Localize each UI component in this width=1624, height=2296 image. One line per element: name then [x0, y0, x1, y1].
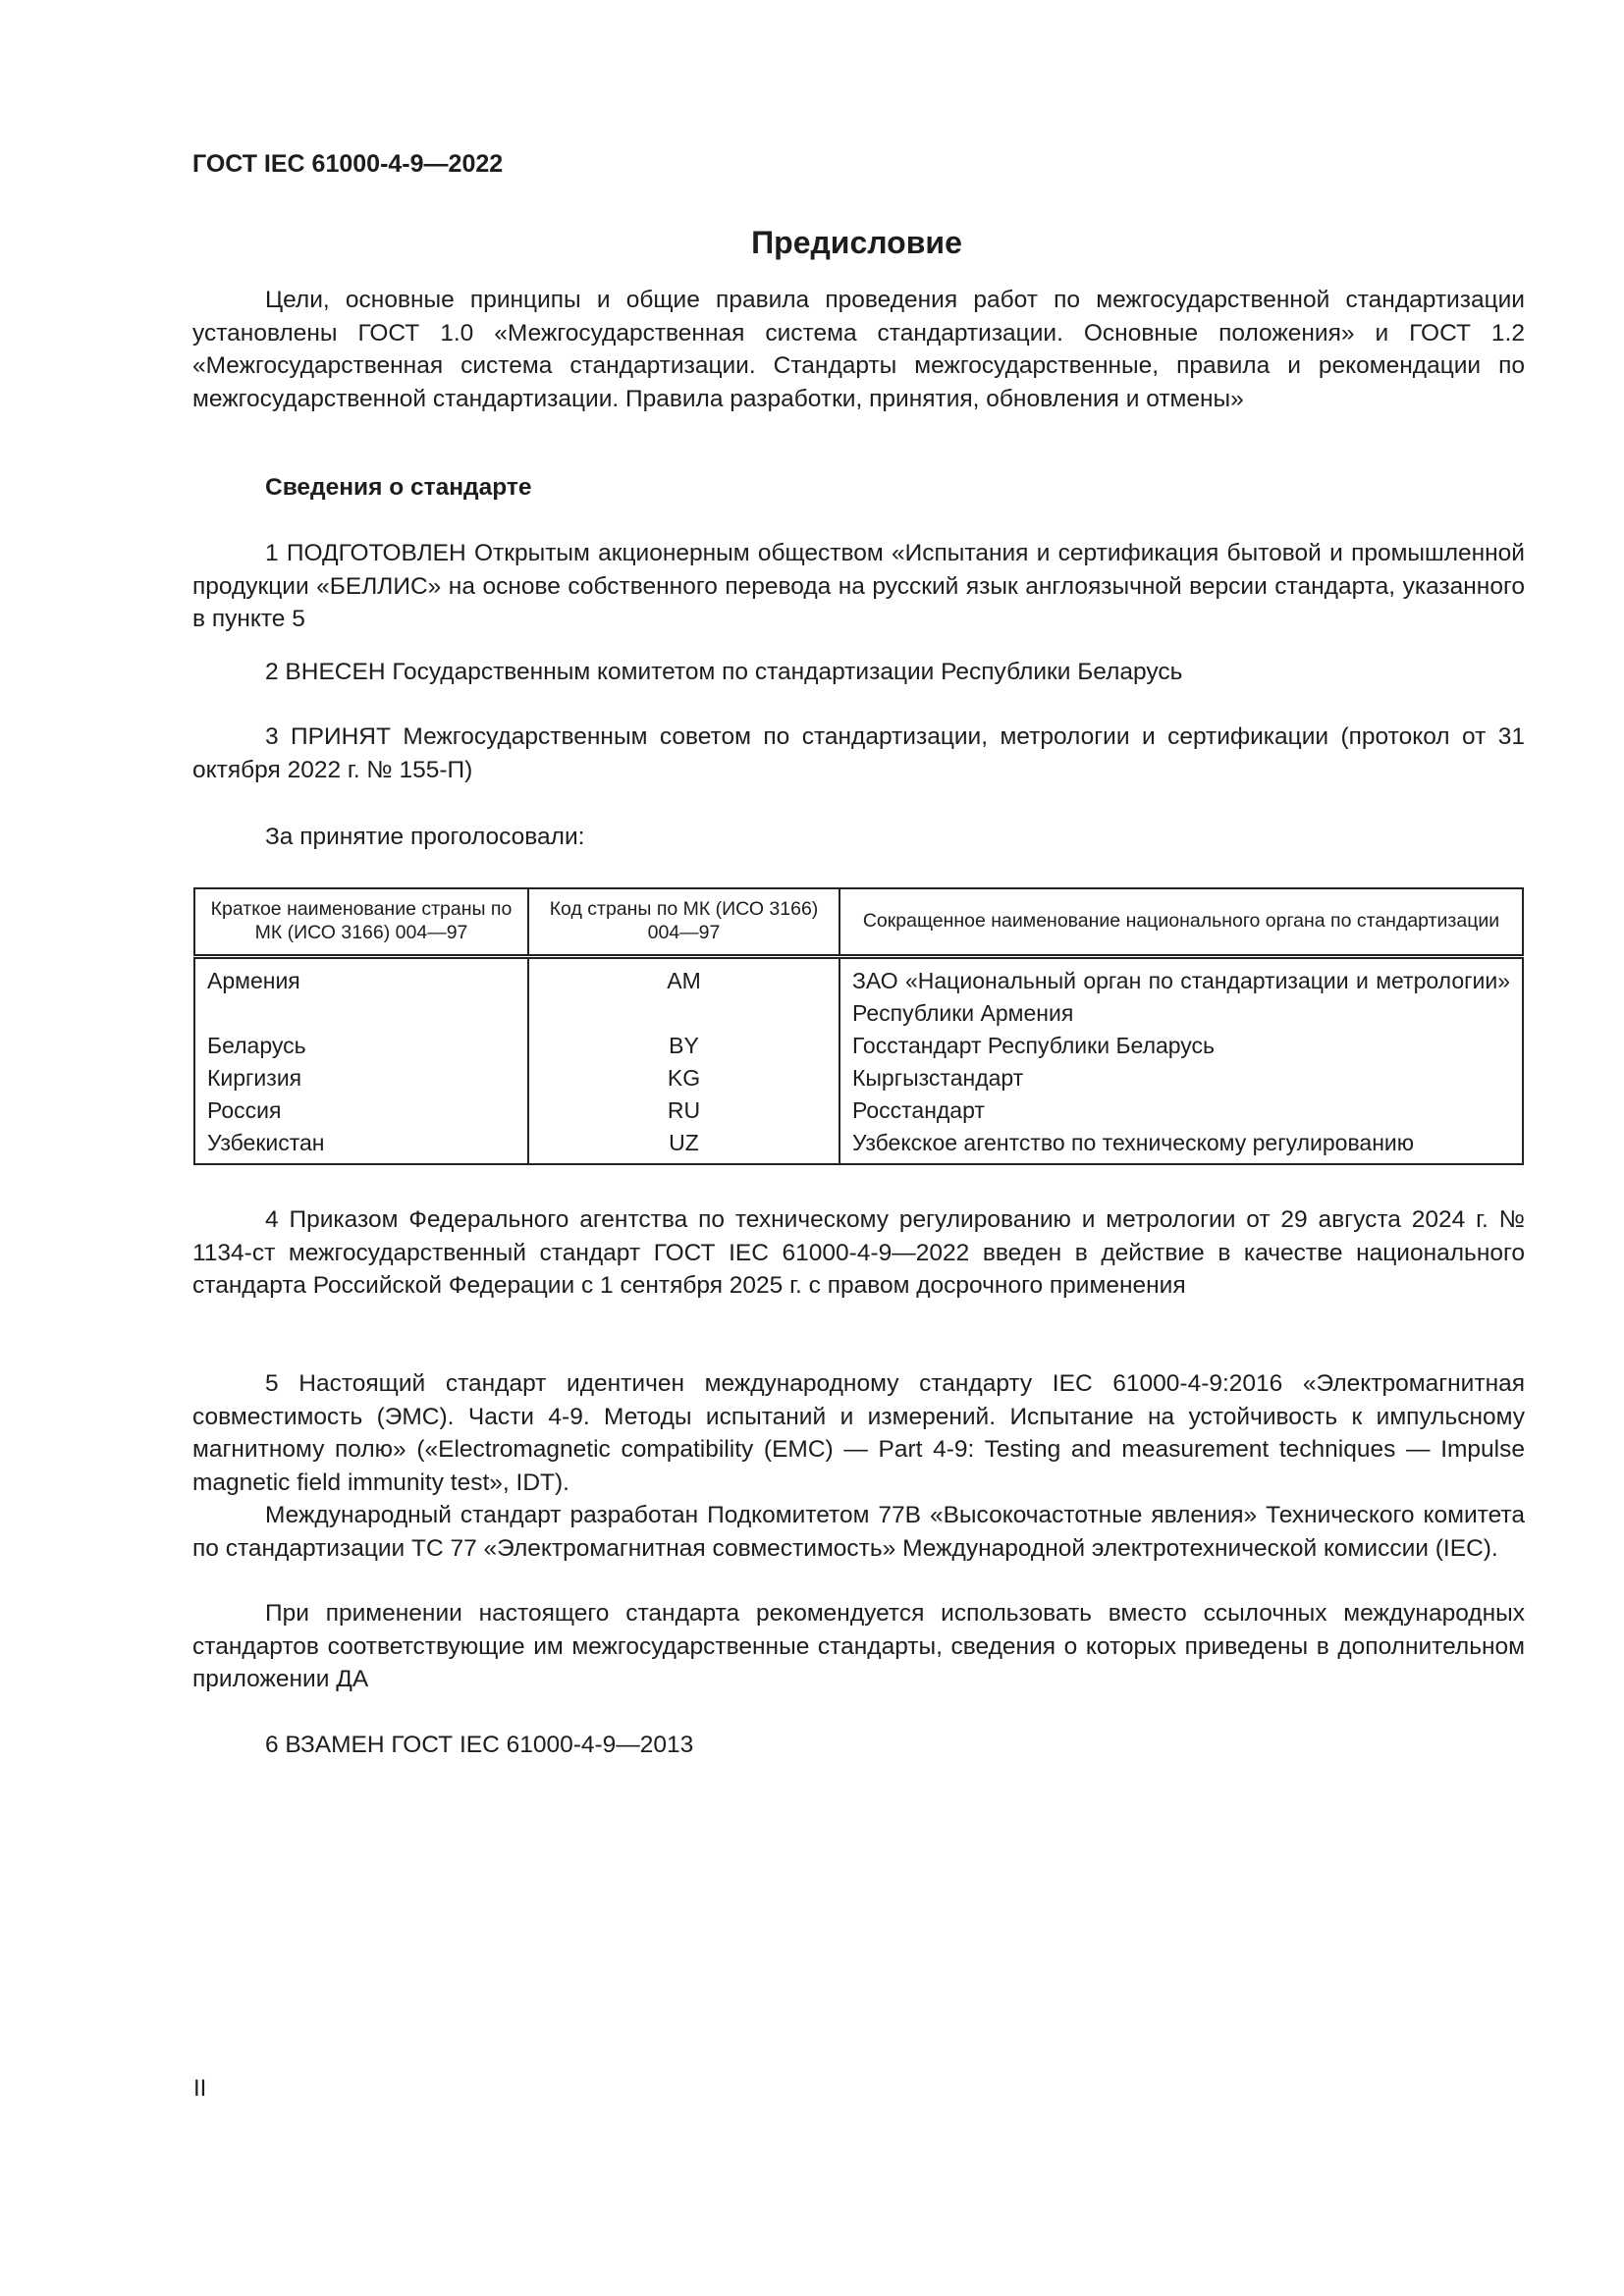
item-5-paragraph-3-text: При применении настоящего стандарта реко…	[192, 1600, 1525, 1692]
code-cell: AM	[528, 957, 839, 1031]
item-5: 5 Настоящий стандарт идентичен междунаро…	[192, 1367, 1525, 1499]
code-cell: BY	[528, 1030, 839, 1062]
country-cell: Узбекистан	[194, 1127, 528, 1164]
table-row: Беларусь BY Госстандарт Республики Белар…	[194, 1030, 1523, 1062]
table-row: Киргизия KG Кыргызстандарт	[194, 1062, 1523, 1095]
item-5-paragraph-2-text: Международный стандарт разработан Подком…	[192, 1502, 1525, 1562]
item-3: 3 ПРИНЯТ Межгосударственным советом по с…	[192, 721, 1525, 786]
org-cell: ЗАО «Национальный орган по стандартизаци…	[839, 957, 1523, 1031]
section-heading: Сведения о стандарте	[192, 471, 1525, 505]
item-2: 2 ВНЕСЕН Государственным комитетом по ст…	[192, 656, 1525, 689]
item-6-text: 6 ВЗАМЕН ГОСТ IEC 61000-4-9—2013	[265, 1732, 693, 1758]
code-cell: RU	[528, 1095, 839, 1127]
item-3-text: 3 ПРИНЯТ Межгосударственным советом по с…	[192, 723, 1525, 783]
item-5-paragraph-3: При применении настоящего стандарта реко…	[192, 1597, 1525, 1696]
country-cell: Армения	[194, 957, 528, 1031]
section-heading-text: Сведения о стандарте	[265, 474, 531, 501]
header-code: Код страны по МК (ИСО 3166) 004—97	[528, 888, 839, 957]
item-2-text: 2 ВНЕСЕН Государственным комитетом по ст…	[265, 659, 1182, 685]
header-country: Краткое наименование страны по МК (ИСО 3…	[194, 888, 528, 957]
org-cell: Узбекское агентство по техническому регу…	[839, 1127, 1523, 1164]
voted-label: За принятие проголосовали:	[192, 821, 1525, 854]
table-row: Россия RU Росстандарт	[194, 1095, 1523, 1127]
voted-label-text: За принятие проголосовали:	[265, 824, 584, 850]
org-cell: Кыргызстандарт	[839, 1062, 1523, 1095]
item-5-text: 5 Настоящий стандарт идентичен междунаро…	[192, 1370, 1525, 1496]
intro-text: Цели, основные принципы и общие правила …	[192, 287, 1525, 412]
code-cell: KG	[528, 1062, 839, 1095]
country-cell: Беларусь	[194, 1030, 528, 1062]
item-1-text: 1 ПОДГОТОВЛЕН Открытым акционерным общес…	[192, 540, 1525, 632]
item-4: 4 Приказом Федерального агентства по тех…	[192, 1203, 1525, 1303]
item-6: 6 ВЗАМЕН ГОСТ IEC 61000-4-9—2013	[192, 1729, 1525, 1762]
page-title: Предисловие	[0, 225, 1624, 261]
code-cell: UZ	[528, 1127, 839, 1164]
org-cell: Госстандарт Республики Беларусь	[839, 1030, 1523, 1062]
country-cell: Россия	[194, 1095, 528, 1127]
item-4-text: 4 Приказом Федерального агентства по тех…	[192, 1206, 1525, 1299]
table-row: Узбекистан UZ Узбекское агентство по тех…	[194, 1127, 1523, 1164]
page-number: II	[193, 2075, 206, 2103]
org-cell: Росстандарт	[839, 1095, 1523, 1127]
document-id-header: ГОСТ IEC 61000-4-9—2022	[192, 150, 503, 179]
country-cell: Киргизия	[194, 1062, 528, 1095]
voting-countries-table: Краткое наименование страны по МК (ИСО 3…	[193, 887, 1524, 1165]
intro-paragraph: Цели, основные принципы и общие правила …	[192, 284, 1525, 415]
table-row: Армения AM ЗАО «Национальный орган по ст…	[194, 957, 1523, 1031]
table-header-row: Краткое наименование страны по МК (ИСО 3…	[194, 888, 1523, 957]
item-1: 1 ПОДГОТОВЛЕН Открытым акционерным общес…	[192, 537, 1525, 636]
item-5-paragraph-2: Международный стандарт разработан Подком…	[192, 1499, 1525, 1565]
header-org: Сокращенное наименование национального о…	[839, 888, 1523, 957]
